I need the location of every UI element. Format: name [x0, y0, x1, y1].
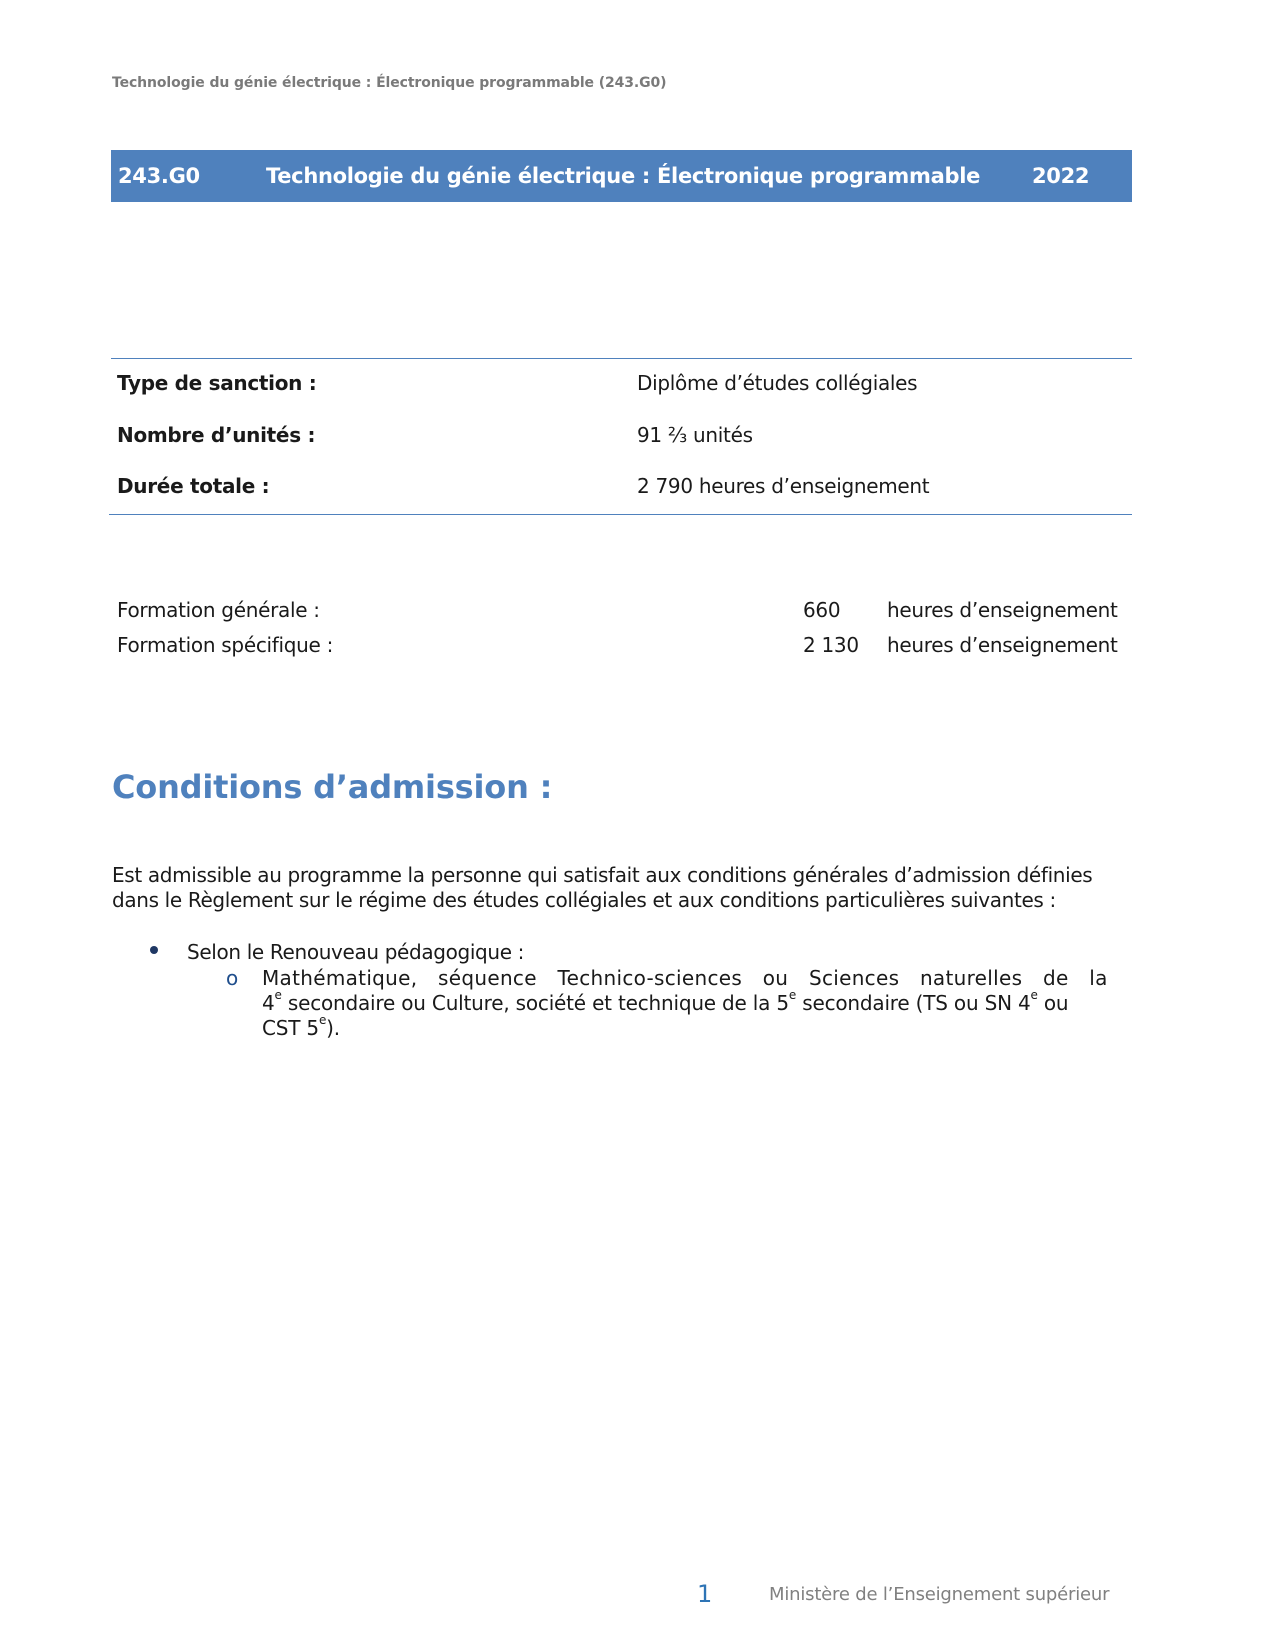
- superscript: e: [319, 1013, 326, 1027]
- program-banner: 243.G0 Technologie du génie électrique :…: [111, 150, 1132, 202]
- formation-generale-hours: 660: [803, 598, 840, 622]
- program-year: 2022: [1032, 150, 1089, 202]
- running-header: Technologie du génie électrique : Électr…: [112, 75, 666, 91]
- admission-heading: Conditions d’admission :: [112, 768, 552, 806]
- program-title: Technologie du génie électrique : Électr…: [266, 150, 980, 202]
- sub-item-line3: CST 5e).: [262, 1016, 340, 1040]
- text: secondaire (TS ou SN 4: [796, 991, 1030, 1015]
- formation-specifique-label: Formation spécifique :: [117, 633, 333, 657]
- info-label-units: Nombre d’unités :: [117, 423, 315, 447]
- superscript: e: [275, 988, 282, 1002]
- admission-intro-line2: dans le Règlement sur le régime des étud…: [112, 888, 1056, 912]
- text: secondaire ou Culture, société et techni…: [282, 991, 789, 1015]
- sub-bullet-icon: o: [226, 966, 238, 990]
- text: 4: [262, 991, 275, 1015]
- text: CST 5: [262, 1016, 319, 1040]
- bullet-renouveau: Selon le Renouveau pédagogique :: [187, 940, 524, 964]
- info-label-duration: Durée totale :: [117, 474, 269, 498]
- formation-specifique-unit: heures d’enseignement: [887, 633, 1118, 657]
- sub-item-line2: 4e secondaire ou Culture, société et tec…: [262, 991, 1068, 1015]
- bullet-icon: [150, 946, 158, 954]
- formation-generale-unit: heures d’enseignement: [887, 598, 1118, 622]
- program-code: 243.G0: [118, 150, 200, 202]
- info-value-sanction: Diplôme d’études collégiales: [637, 371, 917, 395]
- info-value-duration: 2 790 heures d’enseignement: [637, 474, 929, 498]
- page-number: 1: [697, 1580, 712, 1608]
- formation-generale-label: Formation générale :: [117, 598, 320, 622]
- info-value-units: 91 ⅔ unités: [637, 423, 753, 447]
- footer-organization: Ministère de l’Enseignement supérieur: [769, 1584, 1109, 1605]
- superscript: e: [1031, 988, 1038, 1002]
- admission-intro-line1: Est admissible au programme la personne …: [112, 863, 1092, 887]
- info-bottom-rule: [109, 514, 1132, 515]
- sub-item-line1: Mathématique, séquence Technico-sciences…: [262, 966, 1108, 990]
- text: ).: [326, 1016, 340, 1040]
- formation-specifique-hours: 2 130: [803, 633, 859, 657]
- info-label-sanction: Type de sanction :: [117, 371, 316, 395]
- text: ou: [1038, 991, 1069, 1015]
- info-top-rule: [111, 358, 1132, 359]
- superscript: e: [789, 988, 796, 1002]
